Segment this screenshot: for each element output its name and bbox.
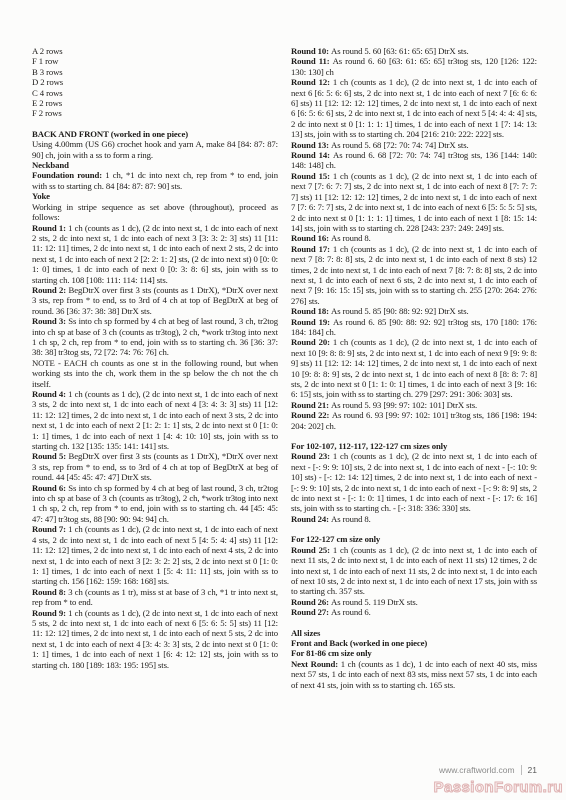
- stripe-sequence-item: C 4 rows: [32, 88, 278, 98]
- round-label: Round 4:: [32, 389, 68, 399]
- pattern-paragraph: Round 25: 1 ch (counts as 1 dc), (2 dc i…: [291, 545, 537, 597]
- round-label: Round 14:: [291, 150, 333, 160]
- pattern-paragraph: Next Round: 1 ch (counts as 1 dc), 1 dc …: [291, 659, 537, 690]
- section-spacer: [32, 119, 278, 129]
- page-number: 21: [528, 765, 537, 775]
- stripe-sequence-list: A 2 rowsF 1 rowB 3 rowsD 2 rowsC 4 rowsE…: [32, 46, 278, 119]
- pattern-paragraph: Round 9: 1 ch (counts as 1 dc), (2 dc in…: [32, 608, 278, 670]
- round-label: Round 19:: [291, 317, 333, 327]
- round-label: Round 11:: [291, 56, 333, 66]
- pattern-paragraph: Round 15: 1 ch (counts as 1 dc), (2 dc i…: [291, 171, 537, 233]
- pattern-paragraph: Round 7: 1 ch (counts as 1 dc), (2 dc in…: [32, 524, 278, 586]
- section-heading: For 102-107, 112-117, 122-127 cm sizes o…: [291, 441, 537, 451]
- footer-divider: [521, 765, 522, 775]
- pattern-paragraph: Round 6: Ss into ch sp formed by 4 ch at…: [32, 483, 278, 525]
- pattern-paragraph: Foundation round: 1 ch, *1 dc into next …: [32, 170, 278, 191]
- round-label: Round 13:: [291, 140, 331, 150]
- section-heading: For 81-86 cm size only: [291, 648, 537, 658]
- round-label: Round 3:: [32, 316, 68, 326]
- pattern-paragraph: Round 20: 1 ch (counts as 1 dc), (2 dc i…: [291, 337, 537, 399]
- pattern-paragraph: Round 12: 1 ch (counts as 1 dc), (2 dc i…: [291, 77, 537, 139]
- section-spacer: [291, 524, 537, 534]
- round-label: Round 12:: [291, 77, 333, 87]
- round-label: Round 18:: [291, 306, 331, 316]
- round-label: Round 21:: [291, 400, 331, 410]
- pattern-paragraph: Round 1: 1 ch (counts as 1 dc), (2 dc in…: [32, 223, 278, 285]
- round-label: Round 17:: [291, 244, 333, 254]
- stripe-sequence-item: D 2 rows: [32, 77, 278, 87]
- round-label: Round 15:: [291, 171, 333, 181]
- round-label: Round 1:: [32, 223, 68, 233]
- pattern-paragraph: Round 4: 1 ch (counts as 1 dc), (2 dc in…: [32, 389, 278, 451]
- pattern-paragraph: Round 13: As round 5. 68 [72: 70: 74: 74…: [291, 140, 537, 150]
- section-heading: BACK AND FRONT (worked in one piece): [32, 129, 278, 139]
- pattern-paragraph: Round 14: As round 6. 68 [72: 70: 74: 74…: [291, 150, 537, 171]
- round-label: Round 2:: [32, 285, 69, 295]
- round-label: Round 6:: [32, 483, 68, 493]
- pattern-paragraph: Round 16: As round 8.: [291, 233, 537, 243]
- pattern-paragraph: Round 21: As round 5. 93 [99: 97: 102: 1…: [291, 400, 537, 410]
- pattern-paragraph: Round 2: BegDtrX over first 3 sts (count…: [32, 285, 278, 316]
- round-label: Round 22:: [291, 410, 332, 420]
- pattern-paragraph: Round 17: 1 ch (counts as 1 dc), (2 dc i…: [291, 244, 537, 306]
- section-heading: For 122-127 cm size only: [291, 534, 537, 544]
- pattern-paragraph: Round 3: Ss into ch sp formed by 4 ch at…: [32, 316, 278, 358]
- round-label: Round 7:: [32, 524, 68, 534]
- pattern-paragraph: Round 11: As round 6. 60 [63: 61: 65: 65…: [291, 56, 537, 77]
- round-label: Round 5:: [32, 451, 69, 461]
- round-label: Round 24:: [291, 514, 331, 524]
- watermark: PassionForum.ru: [434, 779, 563, 796]
- round-label: Foundation round:: [32, 170, 105, 180]
- pattern-paragraph: Round 27: As round 6.: [291, 607, 537, 617]
- pattern-paragraph: Round 8: 3 ch (counts as 1 tr), miss st …: [32, 587, 278, 608]
- round-label: Round 27:: [291, 607, 331, 617]
- pattern-paragraph: Working in stripe sequence as set above …: [32, 202, 278, 223]
- round-label: Round 25:: [291, 545, 333, 555]
- section-spacer: [291, 431, 537, 441]
- round-label: Round 16:: [291, 233, 331, 243]
- pattern-paragraph: Using 4.00mm (US G6) crochet hook and ya…: [32, 139, 278, 160]
- page-footer: www.craftworld.com 21: [439, 765, 537, 775]
- pattern-paragraph: NOTE - EACH ch counts as one st in the f…: [32, 358, 278, 389]
- pattern-paragraph: Round 18: As round 5. 85 [90: 88: 92: 92…: [291, 306, 537, 316]
- stripe-sequence-item: F 2 rows: [32, 108, 278, 118]
- section-heading: Yoke: [32, 191, 278, 201]
- stripe-sequence-item: A 2 rows: [32, 46, 278, 56]
- section-heading: All sizes: [291, 628, 537, 638]
- magazine-page: A 2 rowsF 1 rowB 3 rowsD 2 rowsC 4 rowsE…: [0, 0, 566, 800]
- section-spacer: [291, 618, 537, 628]
- pattern-paragraph: Round 5: BegDtrX over first 3 sts (count…: [32, 451, 278, 482]
- pattern-paragraph: Round 10: As round 5. 60 [63: 61: 65: 65…: [291, 46, 537, 56]
- round-label: Round 26:: [291, 597, 331, 607]
- section-heading: Neckband: [32, 160, 278, 170]
- pattern-content: A 2 rowsF 1 rowB 3 rowsD 2 rowsC 4 rowsE…: [32, 46, 537, 690]
- pattern-paragraph: Round 22: As round 6. 93 [99: 97: 102: 1…: [291, 410, 537, 431]
- pattern-paragraph: Round 19: As round 6. 85 [90: 88: 92: 92…: [291, 317, 537, 338]
- pattern-paragraph: Round 23: 1 ch (counts as 1 dc), (2 dc i…: [291, 451, 537, 513]
- round-label: Round 23:: [291, 451, 333, 461]
- round-label: Round 20:: [291, 337, 333, 347]
- round-label: Round 8:: [32, 587, 68, 597]
- pattern-paragraph: Round 26: As round 5. 119 DtrX sts.: [291, 597, 537, 607]
- pattern-paragraph: Round 24: As round 8.: [291, 514, 537, 524]
- website-url: www.craftworld.com: [439, 765, 515, 775]
- section-heading: Front and Back (worked in one piece): [291, 638, 537, 648]
- round-label: Round 9:: [32, 608, 68, 618]
- round-label: Next Round:: [291, 659, 341, 669]
- stripe-sequence-item: B 3 rows: [32, 67, 278, 77]
- round-label: Round 10:: [291, 46, 331, 56]
- left-column: A 2 rowsF 1 rowB 3 rowsD 2 rowsC 4 rowsE…: [32, 46, 278, 690]
- stripe-sequence-item: F 1 row: [32, 56, 278, 66]
- stripe-sequence-item: E 2 rows: [32, 98, 278, 108]
- right-column: Round 10: As round 5. 60 [63: 61: 65: 65…: [291, 46, 537, 690]
